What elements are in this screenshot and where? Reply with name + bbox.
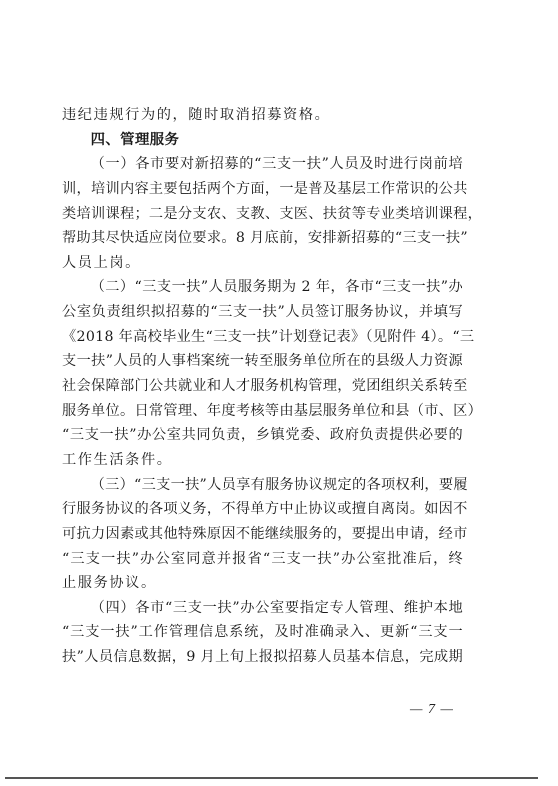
paragraph-4-line: “三支一扶”工作管理信息系统，及时准确录入、更新“三支一 <box>62 620 463 645</box>
paragraph-2-line: 社会保障部门公共就业和人才服务机构管理，党团组织关系转至 <box>62 374 463 399</box>
document-page: 违纪违规行为的，随时取消招募资格。 四、管理服务 （一）各市要对新招募的“三支一… <box>0 0 558 786</box>
page-number: — 7 — <box>404 702 460 718</box>
paragraph-2-line: 支一扶”人员的人事档案统一转至服务单位所在的县级人力资源 <box>62 349 463 374</box>
paragraph-2-line: 公室负责组织拟招募的“三支一扶”人员签订服务协议，并填写 <box>62 300 463 325</box>
paragraph-1-line: （一）各市要对新招募的“三支一扶”人员及时进行岗前培 <box>62 152 463 177</box>
paragraph-2-line: （二）“三支一扶”人员服务期为 2 年，各市“三支一扶”办 <box>62 275 463 300</box>
paragraph-2-line: 《2018 年高校毕业生“三支一扶”计划登记表》（见附件 4）。“三 <box>62 325 463 350</box>
section-heading: 四、管理服务 <box>62 128 463 153</box>
paragraph-1-line: 帮助其尽快适应岗位要求。8 月底前，安排新招募的“三支一扶” <box>62 226 463 251</box>
paragraph-1-line: 训，培训内容主要包括两个方面，一是普及基层工作常识的公共 <box>62 177 463 202</box>
paragraph-2-line: “三支一扶”办公室共同负责，乡镇党委、政府负责提供必要的 <box>62 423 463 448</box>
paragraph-1-line: 人员上岗。 <box>62 251 463 276</box>
paragraph-3-line: “三支一扶”办公室同意并报省“三支一扶”办公室批准后，终 <box>62 547 463 572</box>
paragraph-3-line: （三）“三支一扶”人员享有服务协议规定的各项权利，要履 <box>62 473 463 498</box>
document-body: 违纪违规行为的，随时取消招募资格。 四、管理服务 （一）各市要对新招募的“三支一… <box>62 103 463 670</box>
paragraph-3-line: 可抗力因素或其他特殊原因不能继续服务的，要提出申请，经市 <box>62 522 463 547</box>
paragraph-2-line: 工作生活条件。 <box>62 448 463 473</box>
paragraph-1-line: 类培训课程；二是分支农、支教、支医、扶贫等专业类培训课程， <box>62 202 463 227</box>
paragraph-4-line: （四）各市“三支一扶”办公室要指定专人管理、维护本地 <box>62 596 463 621</box>
paragraph-3-line: 行服务协议的各项义务，不得单方中止协议或擅自离岗。如因不 <box>62 497 463 522</box>
paragraph-4-line: 扶”人员信息数据，9 月上旬上报拟招募人员基本信息，完成期 <box>62 645 463 670</box>
paragraph-3-line: 止服务协议。 <box>62 571 463 596</box>
page-bottom-rule <box>5 777 538 779</box>
paragraph-2-line: 服务单位。日常管理、年度考核等由基层服务单位和县（市、区） <box>62 399 463 424</box>
paragraph-line-continuation: 违纪违规行为的，随时取消招募资格。 <box>62 103 463 128</box>
